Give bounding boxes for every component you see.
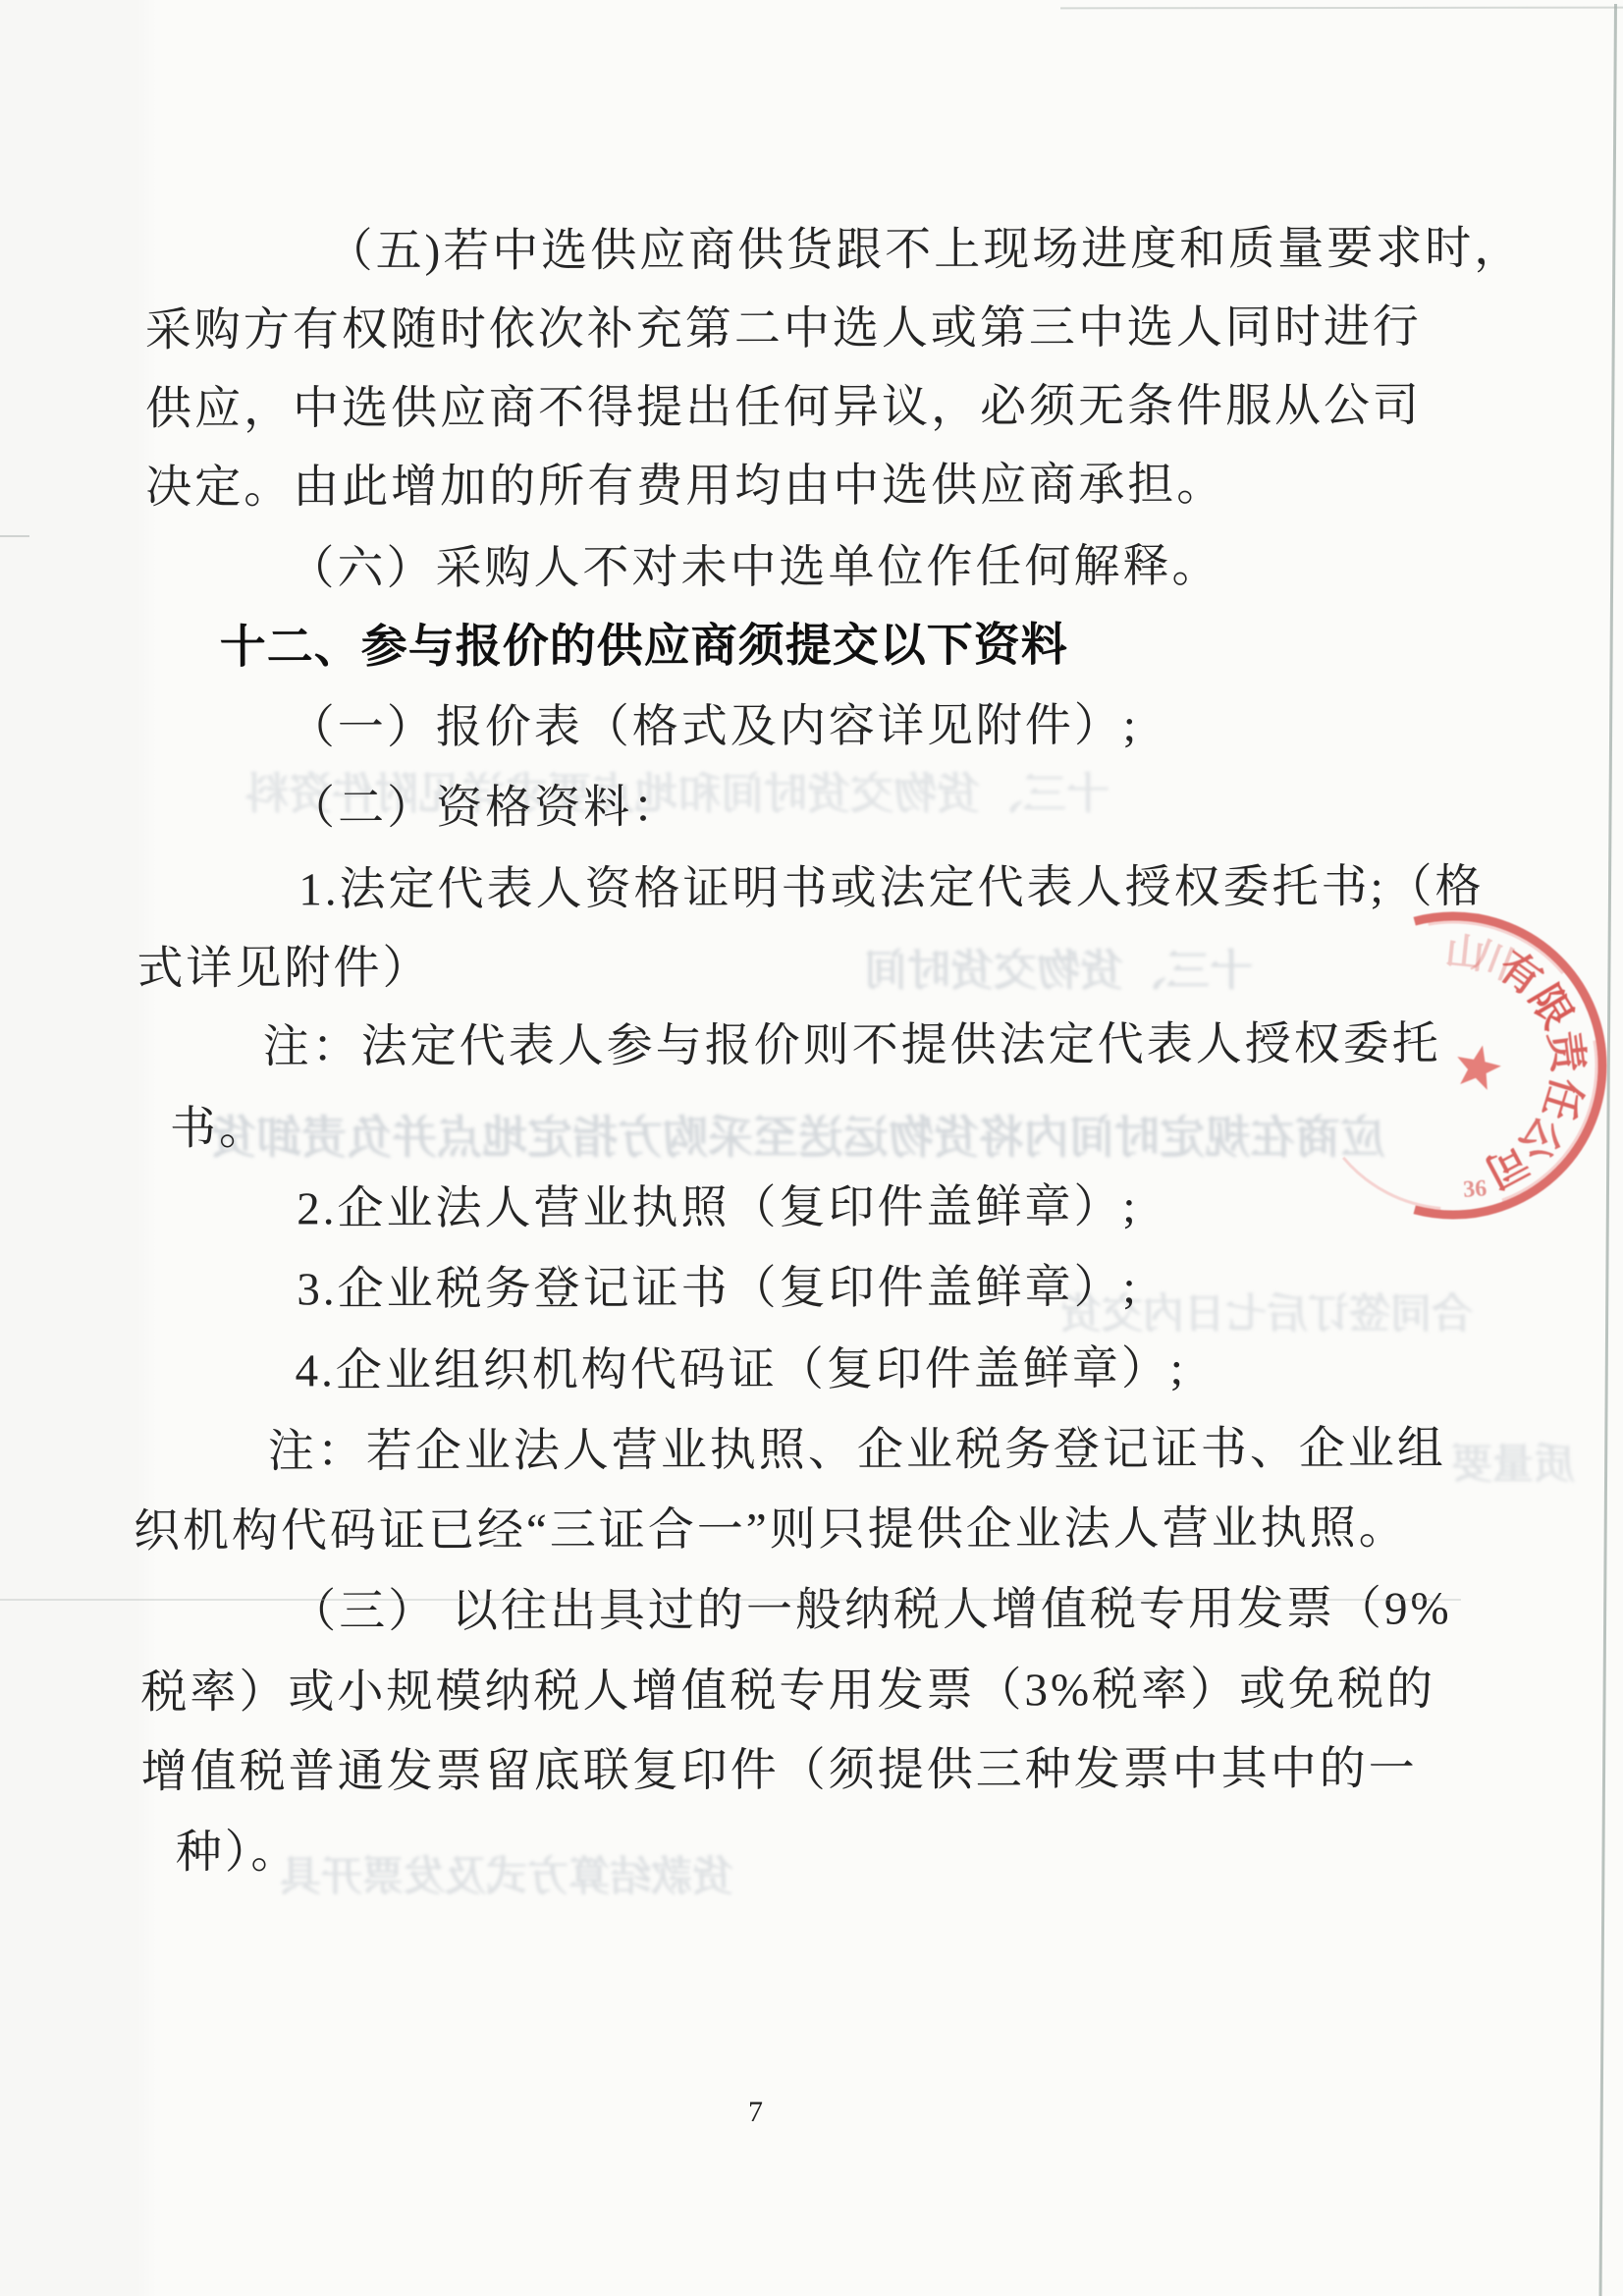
text-line: 3.企业税务登记证书（复印件盖鲜章）;: [297, 1260, 1138, 1317]
text-line: （三） 以往出具过的一般纳税人增值税专用发票（9%: [290, 1581, 1452, 1639]
text-line: （一）报价表（格式及内容详见附件）;: [289, 698, 1139, 755]
star-icon: [1452, 1041, 1505, 1092]
text-line: 增值税普通发票留底联复印件（须提供三种发票中其中的一: [141, 1741, 1418, 1799]
text-line: 注：若企业法人营业执照、企业税务登记证书、企业组: [268, 1421, 1446, 1479]
page-number: 7: [748, 2096, 763, 2129]
text-line: 种）。: [176, 1825, 300, 1880]
text-line: 税率）或小规模纳税人增值税专用发票（3%税率）或免税的: [140, 1662, 1435, 1720]
text-line: 4.企业组织机构代码证（复印件盖鲜章）;: [296, 1341, 1186, 1398]
text-line: 采购方有权随时依次补充第二中选人或第三中选人同时进行: [145, 300, 1422, 357]
scanned-document-page: 十三、货物交货时间和地点要求详见附件资料十三、货物交货时间应商在规定时间内将货物…: [0, 0, 1623, 2296]
text-line: （六）采购人不对未中选单位作任何解释。: [288, 539, 1220, 596]
scan-fold-line: [0, 1599, 1461, 1601]
text-line: 决定。由此增加的所有费用均由中选供应商承担。: [145, 458, 1225, 516]
text-line: （五)若中选供应商供货跟不上现场进度和质量要求时，: [327, 221, 1524, 279]
scan-left-mark: [0, 535, 29, 537]
text-line: 式详见附件）: [136, 941, 431, 997]
text-line: 书。: [170, 1101, 268, 1156]
seal-character: 36: [1462, 1175, 1488, 1203]
text-line: 2.企业法人营业执照（复印件盖鲜章）;: [297, 1179, 1138, 1236]
text-line: 注：法定代表人参与报价则不提供法定代表人授权委托: [263, 1016, 1441, 1074]
company-seal-stamp: 有限责任公司山川36: [1276, 872, 1623, 1265]
seal-character: 责: [1541, 1028, 1592, 1076]
text-line: 织机构代码证已经“三证合一”则只提供企业法人营业执照。: [134, 1501, 1408, 1558]
section-heading: 十二、参与报价的供应商须提交以下资料: [220, 618, 1068, 675]
text-line: 供应，中选供应商不得提出任何异议，必须无条件服从公司: [145, 378, 1422, 436]
text-line: （二）资格资料：: [289, 780, 681, 836]
